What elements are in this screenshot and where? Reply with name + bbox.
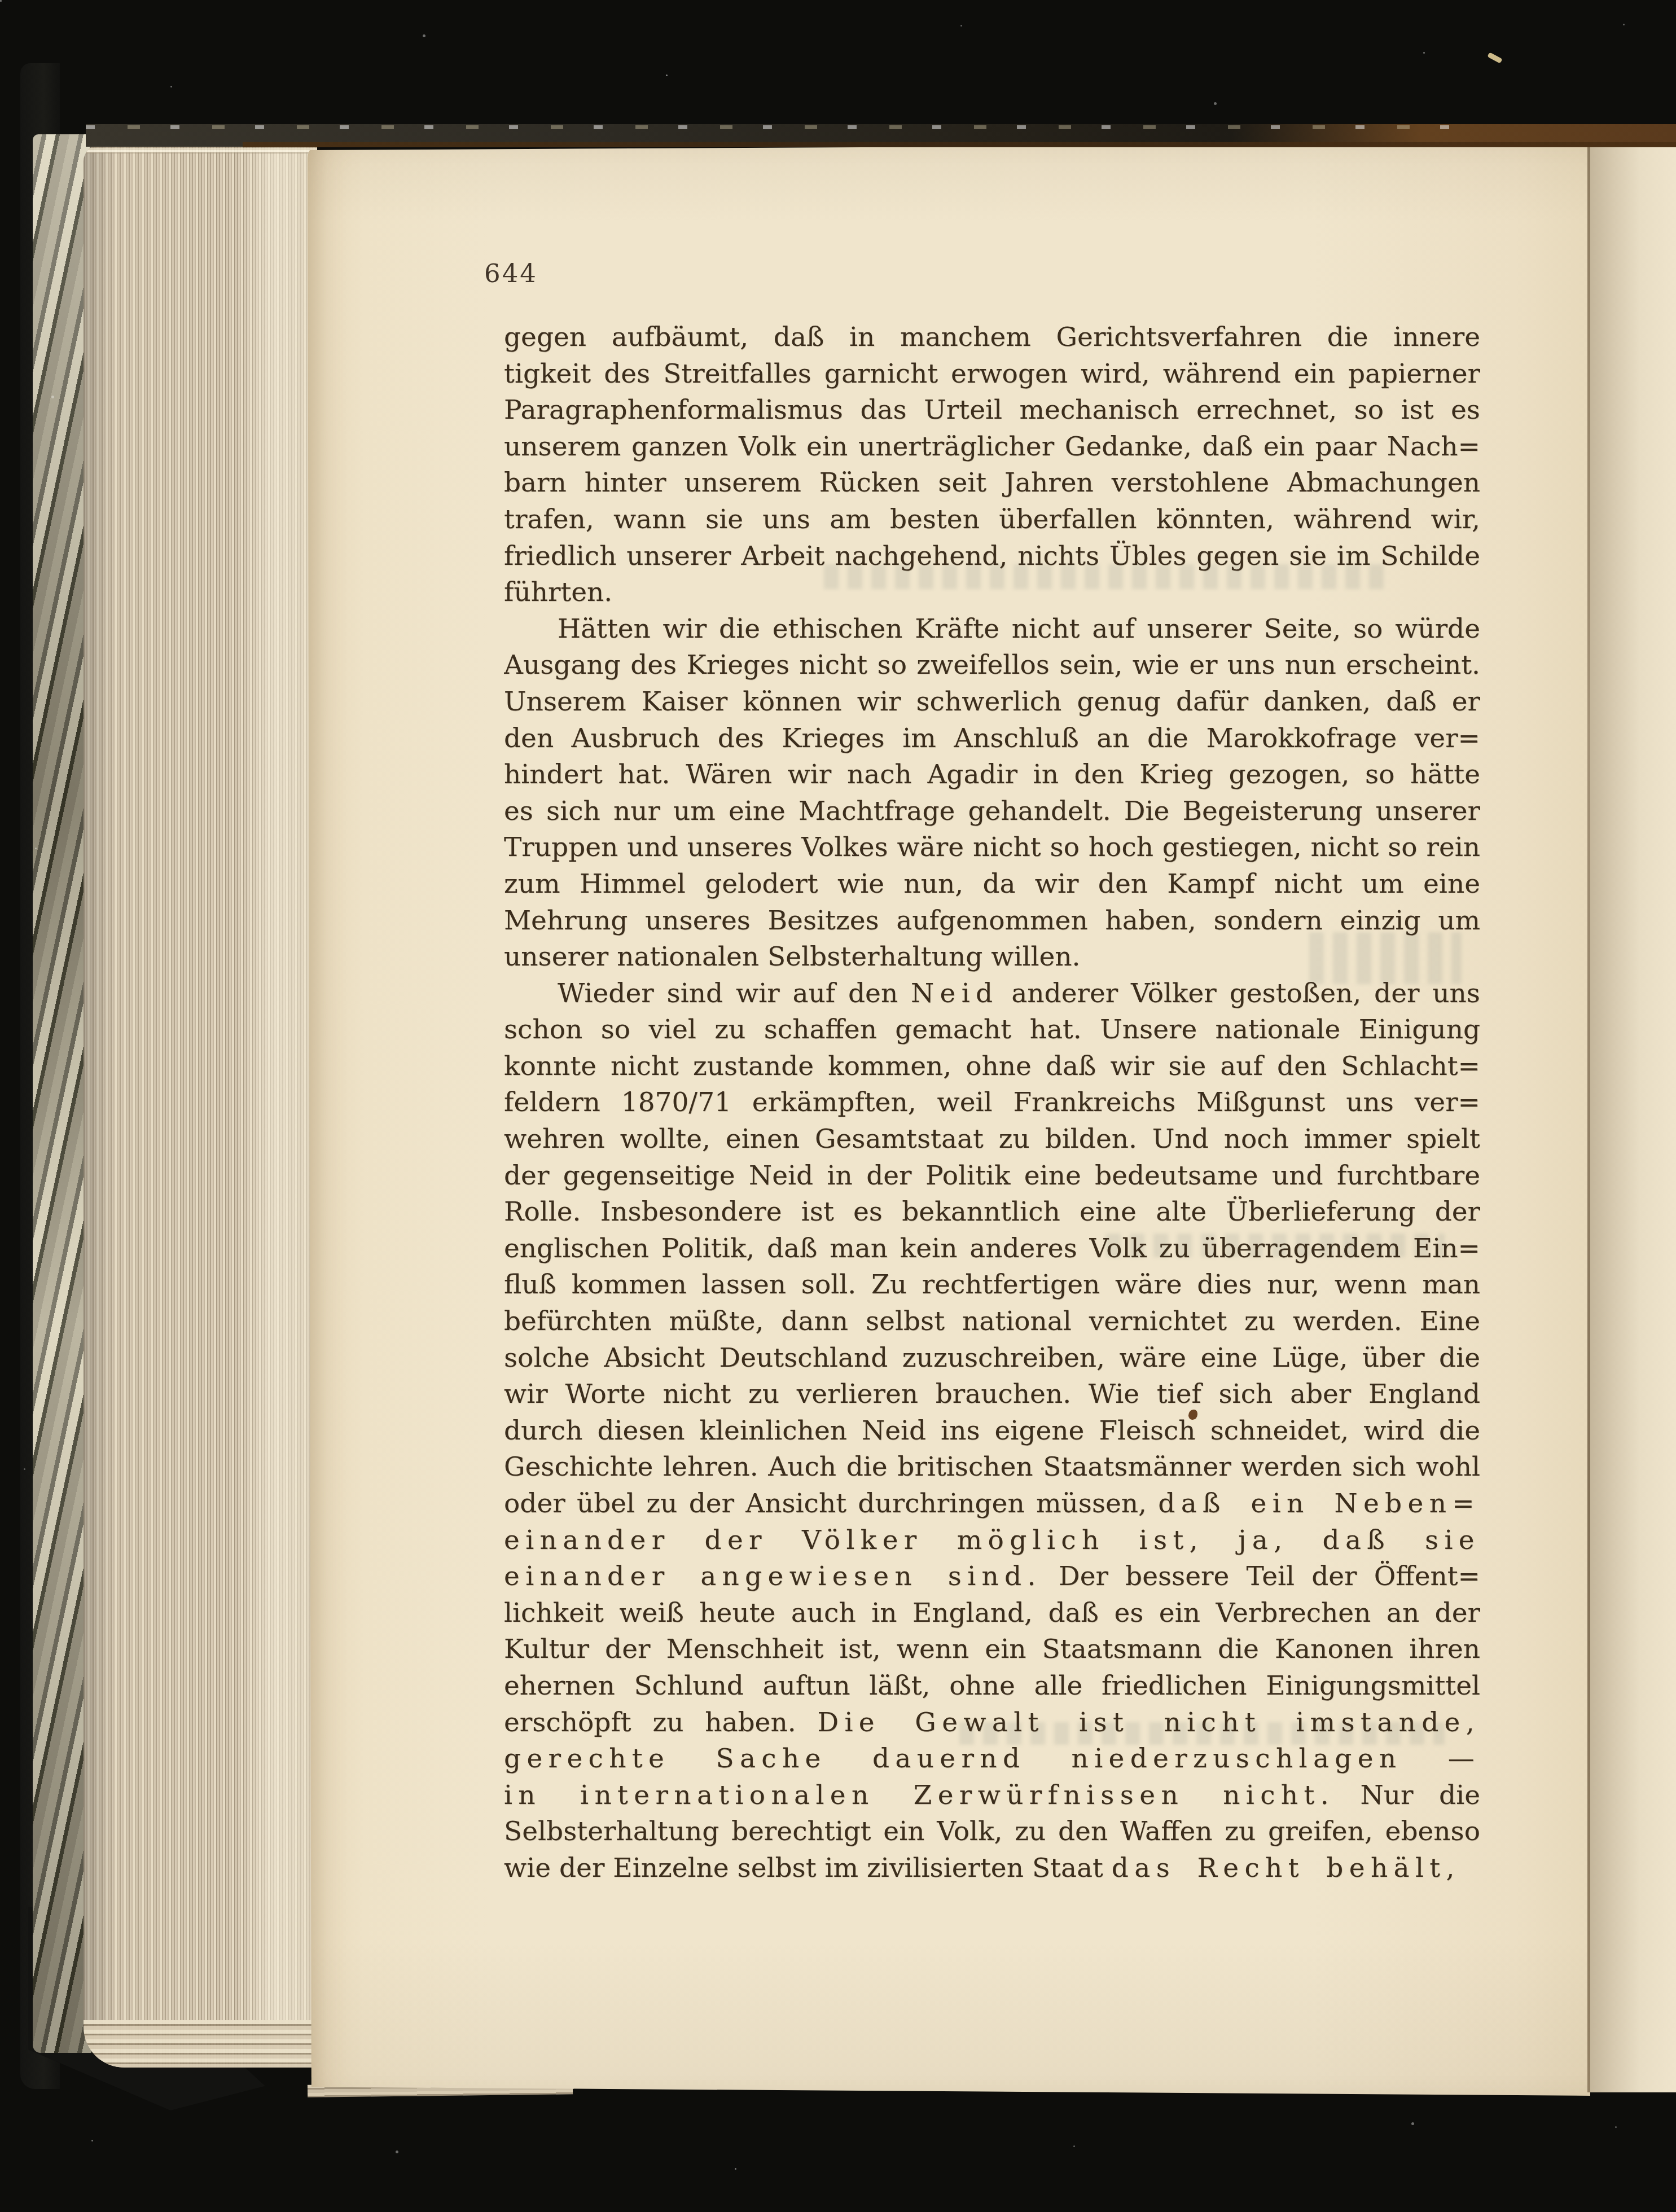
text-line: wie der Einzelne selbst im zivilisierten…	[504, 1850, 1480, 1887]
letterspaced-emphasis: in internationalen Zerwürfnissen nicht.	[504, 1780, 1335, 1811]
letterspaced-emphasis: einander der Völker möglich ist, ja, daß…	[504, 1525, 1480, 1559]
text-segment: Ausgang des Krieges nicht so zweifellos …	[504, 649, 1480, 681]
text-line: befürchten müßte, dann selbst national v…	[504, 1303, 1480, 1340]
text-line: schon so viel zu schaffen gemacht hat. U…	[504, 1012, 1480, 1048]
text-line: der gegenseitige Neid in der Politik ein…	[504, 1158, 1480, 1195]
text-segment: gegen aufbäumt, daß in manchem Gerichtsv…	[504, 322, 1480, 356]
text-line: Selbsterhaltung berechtigt ein Volk, zu …	[504, 1814, 1480, 1850]
text-line: Unserem Kaiser können wir schwerlich gen…	[504, 684, 1480, 721]
text-segment: Mehrung unseres Besitzes aufgenommen hab…	[504, 905, 1480, 936]
text-segment: Nur die	[1335, 1780, 1480, 1811]
text-line: es sich nur um eine Machtfrage gehandelt…	[504, 793, 1480, 830]
letterspaced-emphasis: das Recht behält,	[1112, 1853, 1460, 1884]
text-segment: durch diesen kleinlichen Neid ins eigene…	[504, 1415, 1480, 1446]
text-line: englischen Politik, daß man kein anderes…	[504, 1231, 1480, 1267]
text-segment: oder übel zu der Ansicht durchringen müs…	[504, 1488, 1158, 1519]
text-segment: Rolle. Insbesondere ist es bekanntlich e…	[504, 1196, 1480, 1227]
page-number: 644	[484, 258, 538, 288]
text-segment: Selbsterhaltung berechtigt ein Volk, zu …	[504, 1816, 1480, 1847]
text-line: den Ausbruch des Krieges im Anschluß an …	[504, 721, 1480, 757]
text-line: einander der Völker möglich ist, ja, daß…	[504, 1522, 1480, 1559]
text-line: Rolle. Insbesondere ist es bekanntlich e…	[504, 1194, 1480, 1231]
text-segment: solche Absicht Deutschland zuzuschreiben…	[504, 1342, 1480, 1373]
text-segment: wir Worte nicht zu verlieren brauchen. W…	[504, 1379, 1480, 1410]
text-line: wehren wollte, einen Gesamtstaat zu bild…	[504, 1121, 1480, 1158]
right-page-sliver	[1590, 139, 1676, 2092]
text-line: in internationalen Zerwürfnissen nicht. …	[504, 1777, 1480, 1814]
text-segment: Geschichte lehren. Auch die britischen S…	[504, 1451, 1480, 1482]
letterspaced-emphasis: gerechte Sache dauernd niederzuschlagen …	[504, 1743, 1480, 1777]
text-line: konnte nicht zustande kommen, ohne daß w…	[504, 1048, 1480, 1085]
text-segment: wehren wollte, einen Gesamtstaat zu bild…	[504, 1123, 1480, 1155]
text-line: einander angewiesen sind. Der bessere Te…	[504, 1559, 1480, 1595]
scanned-book-page-photo: 644 gegen aufbäumt, daß in manchem Geric…	[0, 0, 1676, 2212]
gutter-crease	[1587, 142, 1590, 2092]
text-segment: führten.	[504, 577, 612, 608]
text-segment: barn hinter unserem Rücken seit Jahren v…	[504, 467, 1480, 498]
text-segment: der gegenseitige Neid in der Politik ein…	[504, 1160, 1480, 1191]
text-segment: Unserem Kaiser können wir schwerlich gen…	[504, 686, 1480, 717]
text-segment: erschöpft zu haben.	[504, 1707, 817, 1738]
text-segment: den Ausbruch des Krieges im Anschluß an …	[504, 723, 1480, 754]
text-segment: lichkeit weiß heute auch in England, daß…	[504, 1597, 1480, 1629]
text-segment: trafen, wann sie uns am besten überfalle…	[504, 504, 1480, 535]
text-line: Geschichte lehren. Auch die britischen S…	[504, 1449, 1480, 1486]
text-line: Mehrung unseres Besitzes aufgenommen hab…	[504, 903, 1480, 940]
text-line: Ausgang des Krieges nicht so zweifellos …	[504, 647, 1480, 684]
text-segment: Wieder sind wir auf den	[558, 978, 911, 1009]
text-line: ehernen Schlund auftun läßt, ohne alle f…	[504, 1668, 1480, 1705]
text-line: feldern 1870/71 erkämpften, weil Frankre…	[504, 1085, 1480, 1121]
text-segment: befürchten müßte, dann selbst national v…	[504, 1306, 1480, 1337]
text-segment: wie der Einzelne selbst im zivilisierten…	[504, 1853, 1112, 1884]
page-stack-fore-edge	[84, 144, 317, 2068]
dust-specks	[0, 0, 2, 2]
text-line: Truppen und unseres Volkes wäre nicht so…	[504, 829, 1480, 866]
letterspaced-emphasis: Neid	[911, 978, 998, 1009]
text-line: trafen, wann sie uns am besten überfalle…	[504, 502, 1480, 538]
text-block: gegen aufbäumt, daß in manchem Gerichtsv…	[504, 319, 1480, 1887]
text-line: fluß kommen lassen soll. Zu rechtfertige…	[504, 1267, 1480, 1303]
text-segment: feldern 1870/71 erkämpften, weil Frankre…	[504, 1087, 1480, 1118]
text-segment: zum Himmel gelodert wie nun, da wir den …	[504, 868, 1480, 899]
text-line: oder übel zu der Ansicht durchringen müs…	[504, 1486, 1480, 1522]
text-line: durch diesen kleinlichen Neid ins eigene…	[504, 1413, 1480, 1450]
text-line: Paragraphenformalismus das Urteil mechan…	[504, 392, 1480, 429]
text-line: solche Absicht Deutschland zuzuschreiben…	[504, 1340, 1480, 1377]
text-line: gerechte Sache dauernd niederzuschlagen …	[504, 1741, 1480, 1777]
text-segment: friedlich unserer Arbeit nachgehend, nic…	[504, 541, 1480, 572]
text-line: Hätten wir die ethischen Kräfte nicht au…	[504, 611, 1480, 648]
text-segment: ehernen Schlund auftun läßt, ohne alle f…	[504, 1670, 1480, 1701]
text-segment: hindert hat. Wären wir nach Agadir in de…	[504, 759, 1480, 790]
text-line: zum Himmel gelodert wie nun, da wir den …	[504, 866, 1480, 903]
text-segment: Truppen und unseres Volkes wäre nicht so…	[504, 832, 1480, 863]
page-top-edge-line	[243, 142, 1676, 147]
text-line: friedlich unserer Arbeit nachgehend, nic…	[504, 538, 1480, 575]
letterspaced-emphasis: einander angewiesen sind.	[504, 1561, 1042, 1592]
text-segment: Hätten wir die ethischen Kräfte nicht au…	[504, 613, 1480, 648]
text-line: gegen aufbäumt, daß in manchem Gerichtsv…	[504, 319, 1480, 356]
text-segment: tigkeit des Streitfalles garnicht erwoge…	[504, 358, 1480, 389]
text-segment: Der bessere Teil der Öffent=	[1042, 1561, 1480, 1592]
text-segment: es sich nur um eine Machtfrage gehandelt…	[504, 796, 1480, 827]
text-line: tigkeit des Streitfalles garnicht erwoge…	[504, 356, 1480, 393]
text-line: führten.	[504, 574, 1480, 611]
dust-fleck	[1487, 52, 1502, 63]
text-line: unserer nationalen Selbsterhaltung wille…	[504, 939, 1480, 976]
text-segment: anderer Völker gestoßen, der uns	[998, 978, 1480, 1009]
text-line: wir Worte nicht zu verlieren brauchen. W…	[504, 1376, 1480, 1413]
text-segment: unserem ganzen Volk ein unerträglicher G…	[504, 431, 1480, 462]
text-segment: englischen Politik, daß man kein anderes…	[504, 1233, 1480, 1264]
text-line: lichkeit weiß heute auch in England, daß…	[504, 1595, 1480, 1632]
text-line: barn hinter unserem Rücken seit Jahren v…	[504, 465, 1480, 502]
text-segment: konnte nicht zustande kommen, ohne daß w…	[504, 1051, 1480, 1082]
text-segment: Kultur der Menschheit ist, wenn ein Staa…	[504, 1634, 1480, 1665]
text-segment: Paragraphenformalismus das Urteil mechan…	[504, 394, 1480, 425]
text-line: unserem ganzen Volk ein unerträglicher G…	[504, 429, 1480, 466]
text-segment: unserer nationalen Selbsterhaltung wille…	[504, 941, 1081, 972]
text-line: Kultur der Menschheit ist, wenn ein Staa…	[504, 1631, 1480, 1668]
text-line: hindert hat. Wären wir nach Agadir in de…	[504, 757, 1480, 793]
letterspaced-emphasis: daß ein Neben=	[1158, 1488, 1480, 1519]
text-line: erschöpft zu haben. Die Gewalt ist nicht…	[504, 1705, 1480, 1741]
text-segment: fluß kommen lassen soll. Zu rechtfertige…	[504, 1269, 1480, 1300]
text-segment: schon so viel zu schaffen gemacht hat. U…	[504, 1014, 1480, 1045]
text-line: Wieder sind wir auf den Neid anderer Völ…	[504, 976, 1480, 1012]
